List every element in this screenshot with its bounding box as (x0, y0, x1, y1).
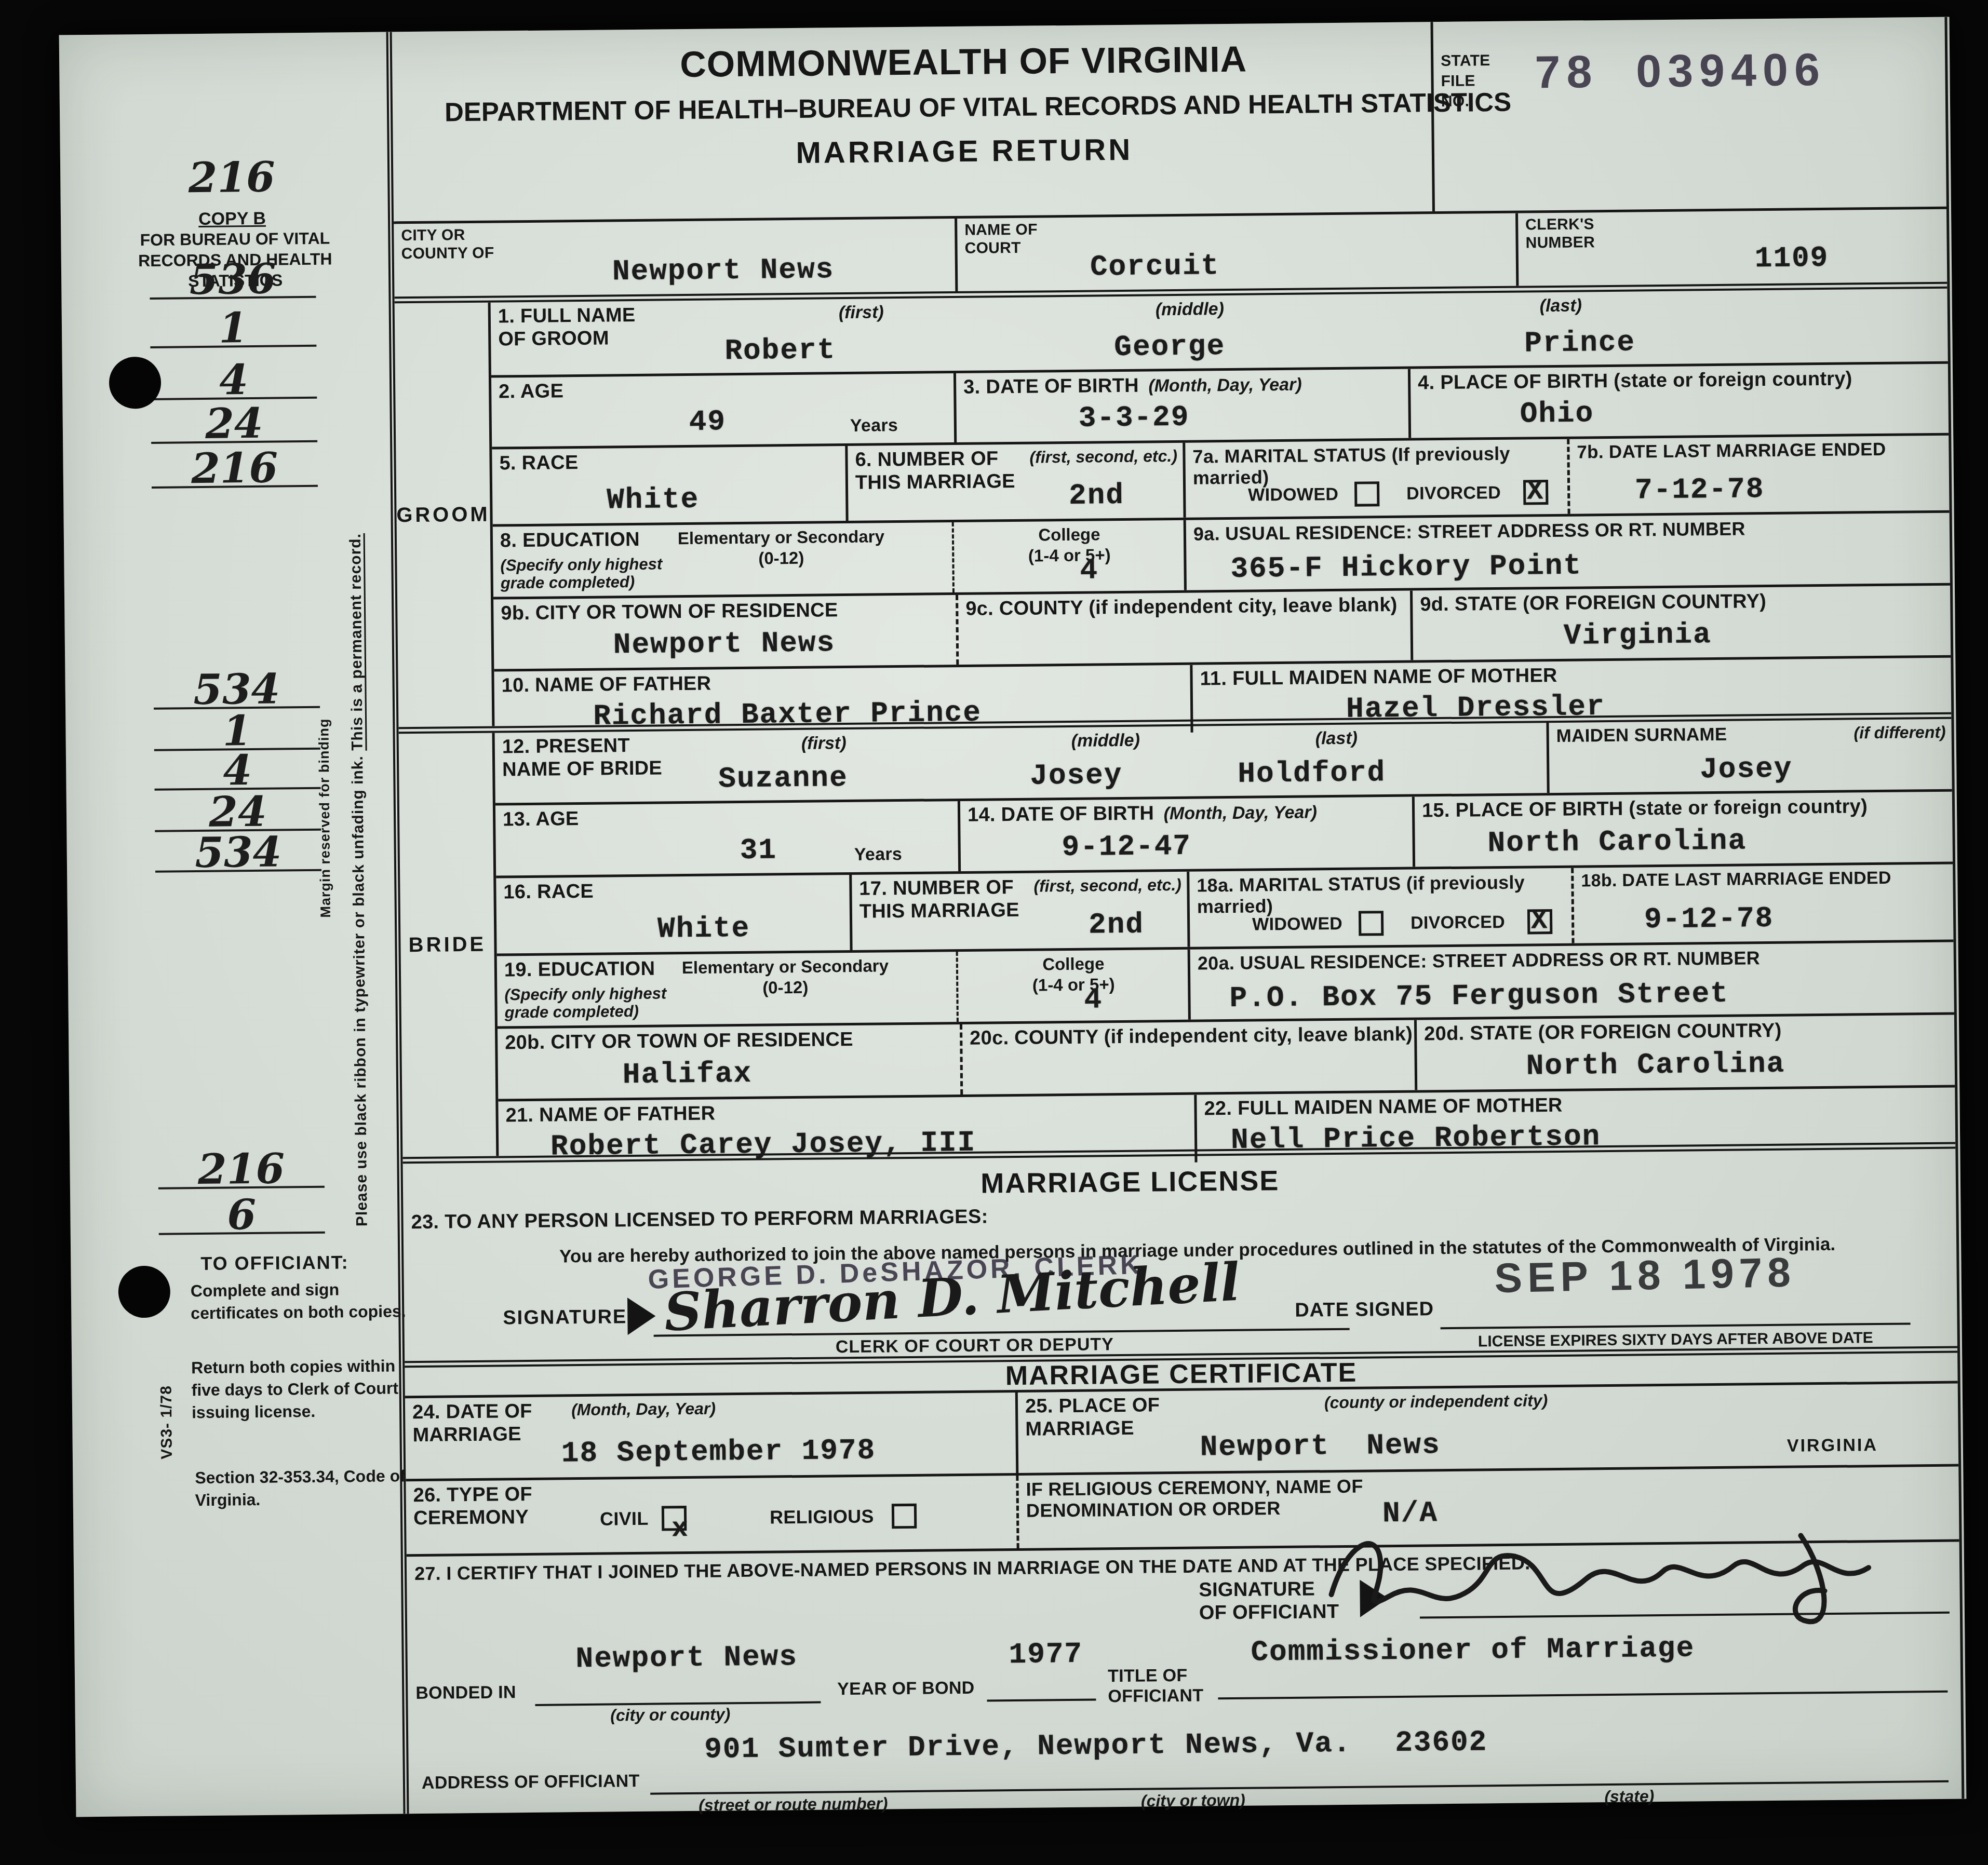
marriage-date-value: 18 September 1978 (561, 1434, 876, 1470)
groom-age-value: 49 (689, 405, 727, 439)
maiden-surname-label: MAIDEN SURNAME (1556, 724, 1727, 746)
groom-college-value: 4 (1080, 553, 1098, 587)
groom-ended-value: 7-12-78 (1635, 472, 1765, 507)
bonded-value: Newport News (575, 1640, 798, 1675)
middle-hint: (middle) (1156, 300, 1225, 320)
college-header: College (1-4 or 5+) (986, 523, 1153, 566)
bride-college-value: 4 (1084, 983, 1103, 1016)
college-label: College (1042, 954, 1105, 974)
copy-label-text: COPY B (198, 209, 266, 229)
bride-pob-value: North Carolina (1487, 824, 1747, 860)
commonwealth-title: COMMONWEALTH OF VIRGINIA (444, 36, 1483, 87)
groom-middle-value: George (1114, 330, 1225, 364)
bride-father-value: Robert Carey Josey, III (550, 1126, 976, 1164)
education-divider (956, 952, 959, 1022)
street-hint: (street or route number) (632, 1794, 954, 1815)
bride-dob-hint: (Month, Day, Year) (1163, 802, 1317, 823)
officiant-address-row: 901 Sumter Drive, Newport News, Va. 2360… (408, 1716, 1962, 1822)
bride-maiden-value: Josey (1700, 752, 1793, 787)
city-county-label: CITY OR COUNTY OF (401, 226, 505, 263)
bride-name-row: 12. PRESENT NAME OF BRIDE MAIDEN SURNAME… (495, 719, 1952, 806)
bride-last-value: Holdford (1238, 756, 1386, 791)
bride-mother-label: 22. FULL MAIDEN NAME OF MOTHER (1204, 1094, 1563, 1120)
clerk-number-value: 1109 (1755, 241, 1829, 275)
first-hint: (first) (801, 734, 847, 753)
bride-city-label: 20b. CITY OR TOWN OF RESIDENCE (505, 1029, 853, 1053)
groom-pob-cell: 4. PLACE OF BIRTH (state or foreign coun… (1408, 364, 1951, 438)
certificate-date-place-row: 24. DATE OF MARRIAGE (Month, Day, Year) … (405, 1384, 1958, 1482)
bonded-row: Newport News 1977 Commissioner of Marria… (407, 1615, 1961, 1731)
to-officiant-title: TO OFFICIANT: (200, 1251, 419, 1275)
bride-rows: 12. PRESENT NAME OF BRIDE MAIDEN SURNAME… (495, 719, 1956, 1156)
elementary-label: Elementary or Secondary (682, 956, 889, 977)
to-officiant-note-1: Complete and sign certificates on both c… (191, 1278, 420, 1325)
groom-education-note: (Specify only highest grade completed) (500, 555, 672, 592)
groom-name-row: 1. FULL NAME OF GROOM (first) (middle) (… (491, 289, 1948, 378)
groom-number-value: 2nd (1069, 479, 1124, 512)
section-reference: Section 32-353.34, Code of Virginia. (195, 1465, 424, 1512)
ceremony-type-cell: 26. TYPE OF CEREMONY (406, 1476, 1016, 1554)
groom-state-label: 9d. STATE (OR FOREIGN COUNTRY) (1420, 590, 1766, 615)
license-to-label: 23. TO ANY PERSON LICENSED TO PERFORM MA… (411, 1206, 988, 1234)
maiden-surname-hint: (if different) (1853, 723, 1946, 742)
bond-year-label: YEAR OF BOND (837, 1678, 975, 1700)
bride-age-value: 31 (740, 833, 777, 867)
bride-ended-label: 18b. DATE LAST MARRIAGE ENDED (1581, 868, 1891, 891)
groom-divorced-label: DIVORCED (1406, 483, 1501, 504)
punch-hole (109, 357, 162, 409)
bride-city-county-state-row: 20b. CITY OR TOWN OF RESIDENCE 20c. COUN… (498, 1015, 1955, 1102)
officiant-address-label: ADDRESS OF OFFICIANT (422, 1771, 640, 1793)
bonded-hint: (city or county) (585, 1705, 756, 1725)
groom-name-label: 1. FULL NAME OF GROOM (498, 304, 654, 351)
marriage-license-section: MARRIAGE LICENSE 23. TO ANY PERSON LICEN… (403, 1149, 1958, 1368)
groom-education-residence-row: 8. EDUCATION (Specify only highest grade… (493, 513, 1950, 600)
groom-city-county-state-row: 9b. CITY OR TOWN OF RESIDENCE 9c. COUNTY… (493, 586, 1951, 672)
ink-note-text: Please use black ribbon in typewriter or… (349, 751, 371, 1227)
civil-mark: x (671, 1513, 688, 1544)
elementary-label: Elementary or Secondary (678, 526, 884, 548)
to-officiant-note-2: Return both copies within five days to C… (191, 1355, 420, 1424)
groom-pob-value: Ohio (1520, 397, 1594, 430)
bride-divorced-mark: X (1531, 906, 1548, 936)
bride-ended-value: 9-12-78 (1644, 902, 1774, 936)
officiant-title-label: TITLE OF OFFICIANT (1108, 1666, 1202, 1707)
ink-note: Please use black ribbon in typewriter or… (344, 276, 371, 1226)
margin-tally: 216 (158, 1138, 325, 1190)
date-signed-label: DATE SIGNED (1295, 1298, 1434, 1322)
form-header: COMMONWEALTH OF VIRGINIA DEPARTMENT OF H… (392, 17, 1946, 224)
signature-arrow (627, 1298, 656, 1335)
bride-middle-value: Josey (1030, 759, 1123, 793)
binding-note: Margin reserved for binding (316, 690, 334, 918)
marriage-return-document: 216 COPY B FOR BUREAU OF VITAL RECORDS A… (59, 17, 1967, 1817)
clerk-number-cell: CLERK'S NUMBER (1515, 209, 1947, 286)
bride-number-hint: (first, second, etc.) (1033, 876, 1181, 896)
education-divider (952, 522, 955, 592)
bride-dob-value: 9-12-47 (1062, 830, 1191, 864)
groom-number-label: 6. NUMBER OF THIS MARRIAGE (855, 448, 1022, 494)
bride-pob-label: 15. PLACE OF BIRTH (state or foreign cou… (1422, 795, 1868, 821)
bride-education-residence-row: 19. EDUCATION (Specify only highest grad… (497, 942, 1954, 1029)
margin-tally: 6 (158, 1184, 325, 1235)
groom-band-label: GROOM (395, 303, 495, 727)
marriage-place-hint: (county or independent city) (1324, 1391, 1548, 1412)
groom-divorced-mark: X (1527, 476, 1543, 507)
groom-dob-label: 3. DATE OF BIRTH (963, 375, 1139, 398)
bride-education-note: (Specify only highest grade completed) (504, 984, 676, 1021)
form-title: MARRIAGE RETURN (445, 129, 1484, 173)
bride-band-label: BRIDE (399, 733, 499, 1157)
first-hint: (first) (839, 303, 884, 322)
groom-city-label: 9b. CITY OR TOWN OF RESIDENCE (501, 599, 838, 624)
court-label: NAME OF COURT (964, 221, 1058, 258)
bride-residence-label: 20a. USUAL RESIDENCE: STREET ADDRESS OR … (1198, 947, 1761, 974)
groom-education-label: 8. EDUCATION (500, 529, 640, 552)
form-body: COMMONWEALTH OF VIRGINIA DEPARTMENT OF H… (386, 17, 1965, 1814)
margin-tally: 536 (150, 248, 316, 300)
marriage-date-label: 24. DATE OF MARRIAGE (412, 1400, 543, 1447)
city-court-row: CITY OR COUNTY OF NAME OF COURT CLERK'S … (394, 209, 1947, 304)
groom-marriage-number-cell: 6. NUMBER OF THIS MARRIAGE (first, secon… (845, 443, 1183, 521)
bride-divorced-label: DIVORCED (1411, 912, 1505, 934)
groom-number-hint: (first, second, etc.) (1029, 447, 1177, 467)
bride-widowed-checkbox (1359, 911, 1383, 936)
college-label: College (1038, 524, 1100, 544)
elementary-header: Elementary or Secondary (0-12) (668, 955, 903, 999)
groom-race-label: 5. RACE (499, 452, 578, 474)
elementary-range: (0-12) (762, 977, 808, 997)
clerk-of-court-label: CLERK OF COURT OR DEPUTY (836, 1334, 1114, 1357)
court-value: Corcuit (1090, 249, 1220, 283)
groom-dob-value: 3-3-29 (1078, 401, 1189, 435)
bride-race-value: White (657, 912, 750, 946)
form-code: VS3- 1/78 (157, 1356, 176, 1459)
date-signed-line (1441, 1322, 1911, 1329)
last-hint: (last) (1315, 729, 1358, 749)
bride-number-value: 2nd (1089, 908, 1144, 942)
state-hint: (state) (1479, 1786, 1780, 1807)
margin-tally: 534 (155, 821, 321, 873)
groom-city-value: Newport News (613, 626, 836, 661)
groom-father-value: Richard Baxter Prince (593, 696, 982, 733)
groom-state-value: Virginia (1564, 618, 1712, 653)
college-header: College (1-4 or 5+) (990, 953, 1157, 995)
groom-rows: 1. FULL NAME OF GROOM (first) (middle) (… (491, 289, 1952, 726)
margin-number-top: 216 (149, 152, 315, 202)
bride-age-label: 13. AGE (503, 808, 579, 830)
bride-widowed-label: WIDOWED (1252, 914, 1342, 935)
left-margin: 216 COPY B FOR BUREAU OF VITAL RECORDS A… (59, 32, 404, 1817)
bride-number-label: 17. NUMBER OF THIS MARRIAGE (859, 876, 1026, 923)
officiant-title-line (1218, 1691, 1947, 1699)
groom-band: GROOM 1. FULL NAME OF GROOM (first) (mid… (395, 289, 1952, 734)
officiant-address-value: 901 Sumter Drive, Newport News, Va. (704, 1727, 1352, 1766)
marriage-place-cell: 25. PLACE OF MARRIAGE (county or indepen… (1015, 1384, 1958, 1473)
groom-race-marital-row: 5. RACE 6. NUMBER OF THIS MARRIAGE (firs… (492, 436, 1949, 527)
bride-father-label: 21. NAME OF FATHER (505, 1103, 715, 1127)
civil-label: CIVIL (600, 1507, 649, 1529)
groom-mother-label: 11. FULL MAIDEN NAME OF MOTHER (1200, 665, 1557, 690)
marriage-place-state: VIRGINIA (1787, 1435, 1878, 1456)
bride-education-label: 19. EDUCATION (504, 958, 655, 981)
bond-year-value: 1977 (1009, 1638, 1083, 1671)
groom-first-value: Robert (724, 333, 836, 368)
civil-checkbox: x (662, 1506, 687, 1531)
groom-residence-value: 365-F Hickory Point (1230, 549, 1582, 585)
groom-pob-label: 4. PLACE OF BIRTH (state or foreign coun… (1418, 368, 1852, 394)
groom-widowed-checkbox (1354, 481, 1379, 506)
groom-years-label: Years (850, 415, 898, 436)
bride-city-value: Halifax (623, 1057, 753, 1091)
bride-county-cell: 20c. COUNTY (if independent city, leave … (960, 1020, 1415, 1094)
groom-last-value: Prince (1524, 326, 1635, 360)
department-title: DEPARTMENT OF HEALTH–BUREAU OF VITAL REC… (445, 87, 1483, 127)
religious-checkbox (892, 1504, 917, 1529)
bride-age-dob-pob-row: 13. AGE 14. DATE OF BIRTH (Month, Day, Y… (495, 792, 1953, 879)
bonded-label: BONDED IN (415, 1682, 516, 1704)
punch-hole (118, 1266, 170, 1318)
court-cell: NAME OF COURT (955, 213, 1516, 291)
bride-state-value: North Carolina (1526, 1047, 1785, 1083)
groom-father-label: 10. NAME OF FATHER (501, 673, 711, 697)
bride-residence-value: P.O. Box 75 Ferguson Street (1229, 977, 1729, 1015)
elementary-range: (0-12) (758, 548, 804, 567)
city-town-hint: (city or town) (1032, 1790, 1354, 1812)
elementary-header: Elementary or Secondary (0-12) (664, 526, 898, 570)
license-expires-note: LICENSE EXPIRES SIXTY DAYS AFTER ABOVE D… (1441, 1329, 1911, 1351)
bride-name-cell: 12. PRESENT NAME OF BRIDE (495, 723, 1547, 803)
bride-first-value: Suzanne (718, 761, 848, 795)
bride-mother-value: Nell Price Robertson (1231, 1120, 1601, 1157)
marriage-date-hint: (Month, Day, Year) (571, 1400, 716, 1420)
groom-race-value: White (607, 483, 700, 517)
groom-mother-value: Hazel Dressler (1346, 690, 1605, 726)
permanent-record-note: This is a permanent record. (347, 533, 366, 751)
groom-ended-label: 7b. DATE LAST MARRIAGE ENDED (1577, 439, 1886, 463)
groom-age-dob-pob-row: 2. AGE 3. DATE OF BIRTH (Month, Day, Yea… (491, 364, 1949, 450)
marriage-place-label: 25. PLACE OF MARRIAGE (1025, 1394, 1161, 1441)
bride-years-label: Years (854, 844, 903, 865)
header-center: COMMONWEALTH OF VIRGINIA DEPARTMENT OF H… (444, 21, 1484, 173)
groom-residence-label: 9a. USUAL RESIDENCE: STREET ADDRESS OR R… (1193, 518, 1745, 544)
city-county-value: Newport News (612, 253, 835, 288)
marriage-place-value: Newport News (1200, 1428, 1441, 1464)
groom-divorced-checkbox: X (1523, 480, 1548, 505)
last-hint: (last) (1540, 296, 1582, 316)
bride-state-label: 20d. STATE (OR FOREIGN COUNTRY) (1424, 1020, 1782, 1045)
signature-label: SIGNATURE (503, 1306, 627, 1330)
bride-dob-label: 14. DATE OF BIRTH (968, 802, 1154, 826)
state-file-number: 78 039406 (1535, 43, 1826, 99)
margin-tally: 216 (151, 437, 318, 489)
groom-dob-hint: (Month, Day, Year) (1148, 375, 1302, 396)
religious-label: RELIGIOUS (770, 1505, 874, 1528)
date-signed-stamp: SEP 18 1978 (1494, 1249, 1796, 1303)
bride-name-label: 12. PRESENT NAME OF BRIDE (502, 734, 674, 781)
state-file-label: STATE FILE NO. (1441, 50, 1498, 112)
margin-tally: 24 (151, 393, 317, 444)
bond-year-line (987, 1699, 1096, 1702)
bride-race-marital-row: 16. RACE 17. NUMBER OF THIS MARRIAGE (fi… (496, 864, 1953, 956)
groom-widowed-label: WIDOWED (1248, 484, 1338, 506)
bride-band: BRIDE 12. PRESENT NAME OF BRIDE MAIDEN S… (399, 719, 1956, 1164)
marriage-certificate-section: MARRIAGE CERTIFICATE 24. DATE OF MARRIAG… (405, 1353, 1962, 1822)
bride-county-label: 20c. COUNTY (if independent city, leave … (970, 1023, 1413, 1049)
middle-hint: (middle) (1071, 731, 1140, 751)
bride-divorced-checkbox: X (1527, 909, 1552, 934)
copy-label: COPY B (149, 208, 315, 230)
officiant-title-value: Commissioner of Marriage (1251, 1631, 1695, 1669)
bride-race-label: 16. RACE (503, 881, 594, 903)
margin-tally: 1 (150, 297, 316, 348)
officiant-address-zip: 23602 (1395, 1725, 1488, 1760)
license-title: MARRIAGE LICENSE (403, 1159, 1857, 1205)
groom-age-label: 2. AGE (499, 380, 563, 402)
clerk-number-label: CLERK'S NUMBER (1525, 215, 1619, 252)
certificate-title: MARRIAGE CERTIFICATE (1005, 1358, 1357, 1391)
groom-county-label: 9c. COUNTY (if independent city, leave b… (965, 594, 1398, 620)
ceremony-type-label: 26. TYPE OF CEREMONY (413, 1483, 543, 1530)
groom-county-cell: 9c. COUNTY (if independent city, leave b… (956, 591, 1411, 665)
